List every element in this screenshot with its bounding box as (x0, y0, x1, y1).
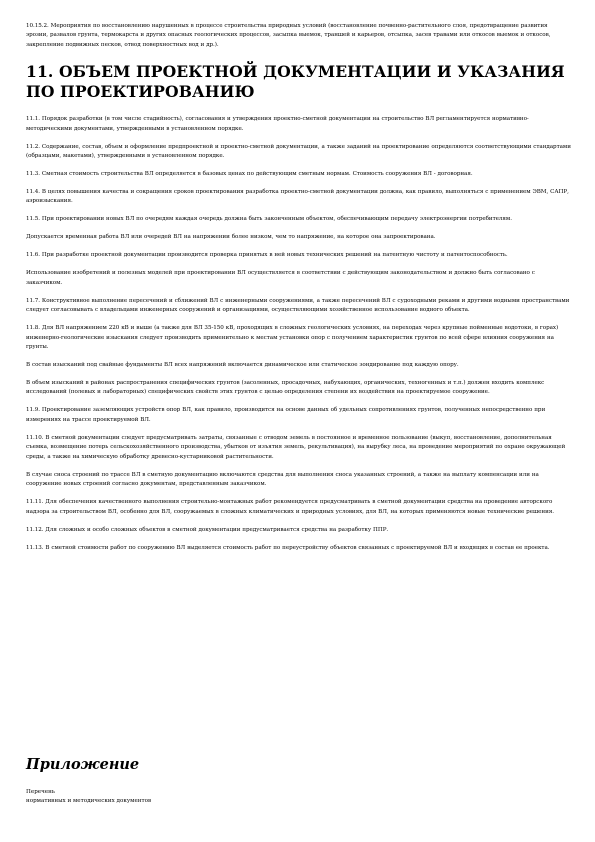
intro-paragraph: 10.15.2. Мероприятия по восстановлению н… (26, 22, 571, 50)
paragraph-11-3: 11.3. Сметная стоимость строительства ВЛ… (26, 170, 571, 179)
paragraph-11-10-demolition: В случае сноса строений по трассе ВЛ в с… (26, 471, 571, 490)
paragraph-11-1: 11.1. Порядок разработки (в том числе ст… (26, 115, 571, 134)
paragraph-11-10: 11.10. В сметной документации следует пр… (26, 434, 571, 462)
paragraph-11-6: 11.6. При разработке проектной документа… (26, 251, 571, 260)
paragraph-11-13: 11.13. В сметной стоимости работ по соор… (26, 544, 571, 553)
appendix-subtitle-line-1: Перечень (26, 788, 151, 797)
paragraph-11-4: 11.4. В целях повышения качества и сокра… (26, 188, 571, 207)
appendix-title: Приложение (26, 756, 139, 774)
paragraph-11-8-soils: В объем изысканий в районах распростране… (26, 379, 571, 398)
section-heading: 11. ОБЪЕМ ПРОЕКТНОЙ ДОКУМЕНТАЦИИ И УКАЗА… (26, 62, 571, 101)
paragraph-11-8-piles: В состав изысканий под свайные фундамент… (26, 361, 571, 370)
paragraph-11-2: 11.2. Содержание, состав, объем и оформл… (26, 143, 571, 162)
paragraph-11-11: 11.11. Для обеспечения качественного вып… (26, 498, 571, 517)
appendix-subtitle-line-2: нормативных и методических документов (26, 797, 151, 806)
paragraph-11-5-note: Допускается временная работа ВЛ или очер… (26, 233, 571, 242)
paragraph-11-12: 11.12. Для сложных и особо сложных объек… (26, 526, 571, 535)
document-page: 10.15.2. Мероприятия по восстановлению н… (26, 22, 571, 562)
appendix-subtitle: Перечень нормативных и методических доку… (26, 788, 151, 806)
paragraph-11-5: 11.5. При проектировании новых ВЛ по оче… (26, 215, 571, 224)
paragraph-11-6-note: Использование изобретений и полезных мод… (26, 269, 571, 288)
paragraph-11-8: 11.8. Для ВЛ напряжением 220 кВ и выше (… (26, 324, 571, 352)
paragraph-11-9: 11.9. Проектирование заземляющих устройс… (26, 406, 571, 425)
paragraph-11-7: 11.7. Конструктивное выполнение пересече… (26, 297, 571, 316)
